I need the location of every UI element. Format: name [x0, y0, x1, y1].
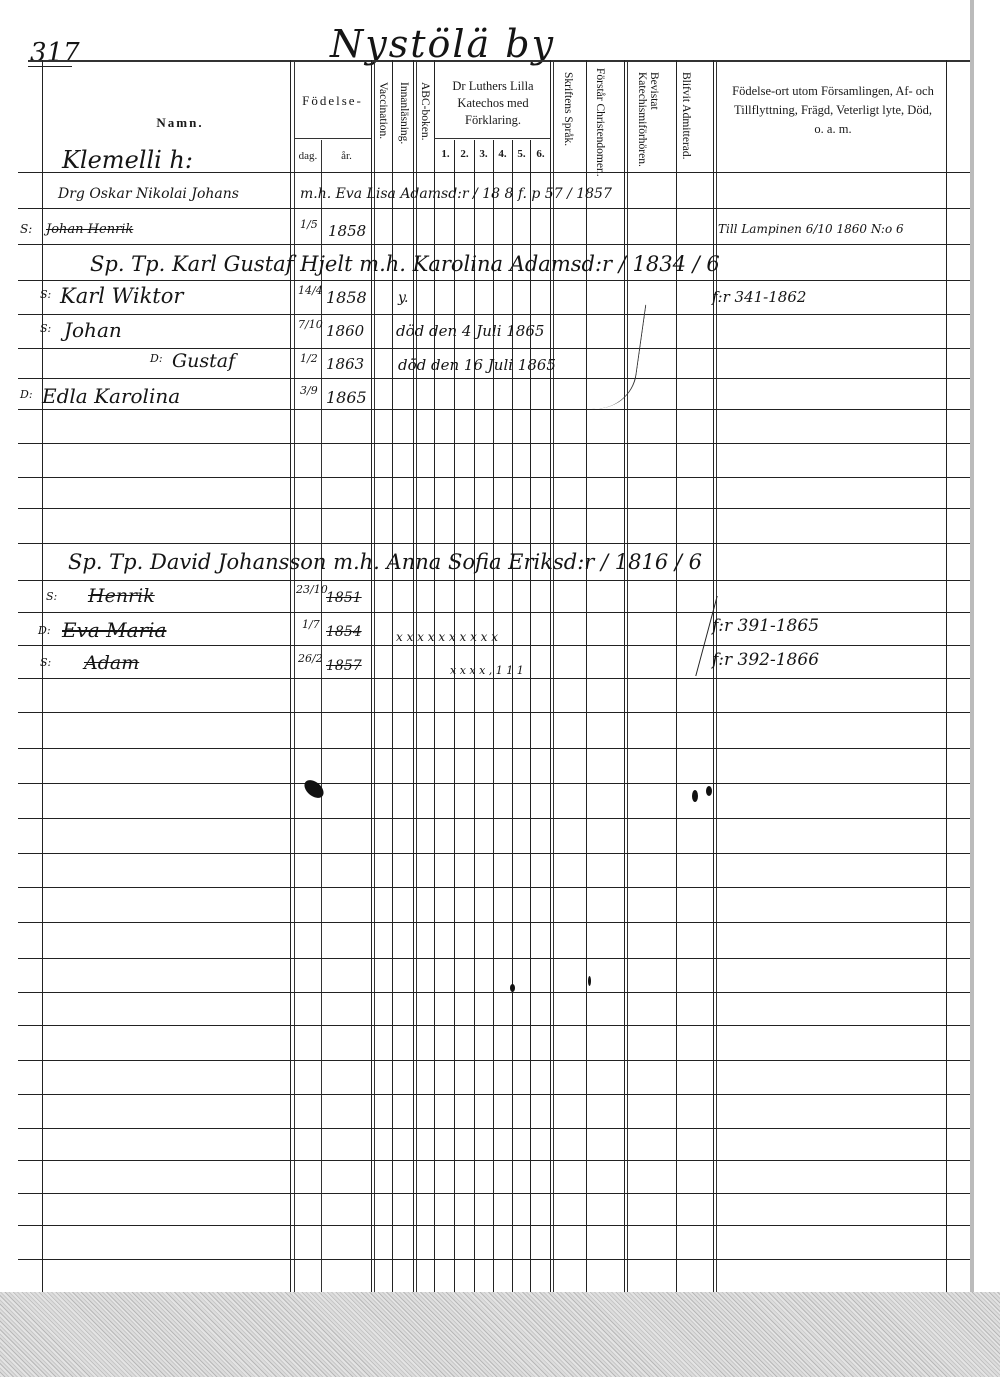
header-dag: dag.	[295, 150, 321, 162]
column-line-l5	[530, 140, 531, 1292]
row-line	[18, 612, 970, 613]
row-line	[18, 348, 970, 349]
row-line	[18, 1128, 970, 1129]
column-line-l3	[493, 140, 494, 1292]
h2-row-1-name: Johan	[64, 318, 122, 342]
header-fodelse: Födelse-	[294, 93, 371, 109]
h3-row-0-year: 1851	[326, 590, 362, 606]
header-fodelse-ort: Födelse-ort utom Församlingen, Af- och T…	[728, 82, 938, 139]
row-line	[18, 887, 970, 888]
row-line	[18, 280, 970, 281]
h1-row-0-name: Drg Oskar Nikolai Johans	[58, 186, 239, 202]
h3-row-0-name: Henrik	[88, 585, 155, 607]
page-number-underline	[28, 66, 72, 67]
row-line	[18, 244, 970, 245]
h2-row-0-name: Karl Wiktor	[60, 284, 183, 308]
h1-row-1-year: 1858	[328, 222, 366, 240]
row-line	[18, 853, 970, 854]
row-line	[18, 1193, 970, 1194]
ink-blot	[301, 777, 327, 802]
luther-subrule	[434, 138, 550, 139]
h3-row-1-day: 1/7	[302, 618, 320, 631]
h2-row-2-day: 1/2	[300, 352, 318, 365]
h3-row-1-year: 1854	[326, 624, 362, 640]
header-namn: Namn.	[120, 115, 240, 131]
header-luther-1: 1.	[437, 148, 454, 160]
row-line	[18, 508, 970, 509]
row-line	[18, 314, 970, 315]
h2-row-2-marks: död den 16 Juli 1865	[398, 356, 556, 374]
row-line	[18, 958, 970, 959]
h2-row-0-note: f:r 341-1862	[712, 288, 806, 306]
h3-row-2-name: Adam	[84, 652, 139, 674]
h3-row-1-prefix: D:	[38, 624, 51, 637]
h2-row-3-year: 1865	[326, 388, 367, 407]
row-line	[18, 678, 970, 679]
h1-row-1-name: Johan Henrik	[46, 222, 133, 237]
header-forstar-christendomen: Förstår Christendomen.	[594, 68, 606, 188]
h3-row-2-note: f:r 392-1866	[712, 650, 819, 670]
header-vaccination: Vaccination.	[377, 82, 389, 139]
row-line	[18, 208, 970, 209]
h2-row-0-marks: y.	[398, 290, 409, 306]
household-2-heading: Sp. Tp. Karl Gustaf Hjelt m.h. Karolina …	[90, 252, 720, 276]
header-luther-2: 2.	[456, 148, 473, 160]
header-luther-6: 6.	[532, 148, 549, 160]
header-skriftens-sprak: Skriftens Språk.	[562, 72, 574, 146]
row-line	[18, 712, 970, 713]
header-blifvit-admitterad: Blifvit Admitterad.	[680, 72, 692, 162]
ink-blot	[588, 976, 591, 986]
h2-row-3-prefix: D:	[20, 388, 33, 401]
h2-row-1-day: 7/10	[298, 318, 323, 331]
h2-row-3-day: 3/9	[300, 384, 318, 397]
column-line-l4	[512, 140, 513, 1292]
h3-row-2-day: 26/2	[298, 652, 323, 665]
page-number: 317	[30, 38, 80, 68]
row-line	[18, 1160, 970, 1161]
h3-row-2-year: 1857	[326, 658, 362, 674]
column-line-dag	[321, 140, 322, 1292]
h2-row-2-name: Gustaf	[172, 350, 235, 372]
h2-row-0-day: 14/4	[298, 284, 323, 297]
h1-row-1-prefix: S:	[20, 222, 32, 236]
h2-row-3-name: Edla Karolina	[42, 384, 180, 408]
row-line	[18, 543, 970, 544]
h1-row-0-extra: m.h. Eva Lisa Adamsd:r / 18 8 f. p 57 / …	[300, 186, 612, 202]
household-1-heading: Klemelli h:	[62, 146, 193, 174]
scan-noise-band	[0, 1292, 1000, 1377]
row-line	[18, 1025, 970, 1026]
h1-row-1-day: 1/5	[300, 218, 318, 231]
ink-blot	[510, 984, 515, 992]
h1-row-1-note: Till Lampinen 6/10 1860 N:o 6	[718, 222, 904, 236]
household-3-heading: Sp. Tp. David Johansson m.h. Anna Sofia …	[68, 550, 702, 574]
header-abc-boken: ABC-boken.	[419, 82, 431, 140]
h2-row-0-year: 1858	[326, 288, 367, 307]
row-line	[18, 748, 970, 749]
h3-row-2-prefix: S:	[40, 656, 51, 669]
header-innanlasning: Innanläsning.	[398, 82, 410, 144]
h3-row-1-marks: x x x x x x x x x x	[396, 630, 498, 644]
row-line	[18, 922, 970, 923]
column-line-l2	[474, 140, 475, 1292]
h2-row-1-marks: död den 4 Juli 1865	[396, 322, 544, 340]
row-line	[18, 1225, 970, 1226]
row-line	[18, 409, 970, 410]
h3-row-1-name: Eva Maria	[62, 618, 166, 642]
header-luther-3: 3.	[475, 148, 492, 160]
row-line	[18, 443, 970, 444]
header-bevistat: Bevistat Katechismiförhören.	[636, 72, 660, 182]
ink-blot	[706, 786, 712, 796]
ink-blot	[692, 790, 698, 802]
fodelse-subrule	[294, 138, 371, 139]
header-luther-5: 5.	[513, 148, 530, 160]
h2-row-1-year: 1860	[326, 322, 364, 340]
row-line	[18, 992, 970, 993]
header-ar: år.	[322, 150, 371, 162]
h3-row-0-note: f:r 391-1865	[712, 616, 819, 636]
h3-row-2-marks: x x x x , 1 1 1	[450, 664, 524, 677]
h2-row-2-year: 1863	[326, 355, 364, 373]
h2-row-2-prefix: D:	[150, 352, 163, 365]
row-line	[18, 783, 970, 784]
h3-row-0-prefix: S:	[46, 590, 57, 603]
h3-row-0-day: 23/10	[296, 583, 328, 596]
row-line	[18, 1094, 970, 1095]
top-rule	[28, 60, 970, 62]
page-spine	[970, 0, 974, 1292]
row-line	[18, 580, 970, 581]
header-luther-4: 4.	[494, 148, 511, 160]
parish-register-page: 317 Nystölä by Namn. Födelse- dag. år. V…	[0, 0, 1000, 1377]
column-line-l1	[454, 140, 455, 1292]
header-luther: Dr Luthers Lilla Katechos med Förklaring…	[438, 78, 548, 129]
row-line	[18, 818, 970, 819]
h2-row-0-prefix: S:	[40, 288, 51, 301]
h2-row-1-prefix: S:	[40, 322, 51, 335]
row-line	[18, 1060, 970, 1061]
row-line	[18, 1259, 970, 1260]
row-line	[18, 378, 970, 379]
row-line	[18, 477, 970, 478]
row-line	[18, 645, 970, 646]
